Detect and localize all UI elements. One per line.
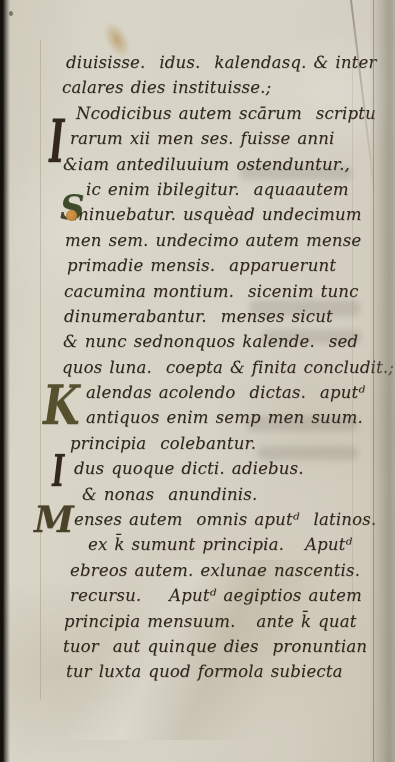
manuscript-text-line: calares dies instituisse.; bbox=[60, 75, 380, 100]
manuscript-text-line: tur luxta quod formola subiecta bbox=[60, 659, 380, 684]
manuscript-text-line: tuor aut quinque dies pronuntian bbox=[60, 634, 380, 659]
drop-cap-I-incodicibus: I bbox=[49, 112, 64, 172]
manuscript-text-line: ebreos autem. exlunae nascentis. bbox=[60, 558, 380, 583]
manuscript-photo: diuisisse. idus. kalendasq. & intercalar… bbox=[0, 0, 395, 762]
manuscript-text-line: principia colebantur. bbox=[60, 431, 380, 456]
manuscript-text-line: alendas acolendo dictas. aputᵈ bbox=[60, 380, 380, 405]
manuscript-text-line: diuisisse. idus. kalendasq. & inter bbox=[60, 50, 380, 75]
manuscript-text-block: diuisisse. idus. kalendasq. & intercalar… bbox=[60, 50, 380, 685]
manuscript-text-line: & nonas anundinis. bbox=[60, 482, 380, 507]
manuscript-text-line: primadie mensis. apparuerunt bbox=[60, 253, 380, 278]
binding-edge bbox=[0, 0, 10, 762]
manuscript-text-line: &iam antediluuium ostenduntur., bbox=[60, 152, 380, 177]
manuscript-text-line: minuebatur. usquèad undecimum bbox=[60, 202, 380, 227]
manuscript-text-line: rarum xii men ses. fuisse anni bbox=[60, 126, 380, 151]
drop-cap-M-menses: M bbox=[34, 502, 74, 538]
page-edge-line bbox=[373, 0, 374, 762]
drop-cap-gold-dot bbox=[66, 210, 77, 221]
manuscript-text-line: antiquos enim semp men suum. bbox=[60, 405, 380, 430]
manuscript-text-line: recursu. Aputᵈ aegiptios autem bbox=[60, 583, 380, 608]
manuscript-text-line: & nunc sednonquos kalende. sed bbox=[60, 329, 380, 354]
margin-ruling-line bbox=[40, 40, 41, 700]
manuscript-text-line: cacumina montium. sicenim tunc bbox=[60, 279, 380, 304]
manuscript-text-line: dus quoque dicti. adiebus. bbox=[60, 456, 380, 481]
manuscript-text-line: principia mensuum. ante k̄ quat bbox=[60, 609, 380, 634]
manuscript-text-line: ex k̄ sumunt principia. Aputᵈ bbox=[60, 532, 380, 557]
drop-cap-I-idus: I bbox=[52, 450, 64, 494]
manuscript-text-line: men sem. undecimo autem mense bbox=[60, 228, 380, 253]
drop-cap-K-kalendas: K bbox=[43, 378, 80, 432]
manuscript-text-line: dinumerabantur. menses sicut bbox=[60, 304, 380, 329]
manuscript-text-line: quos luna. coepta & finita concludit.; bbox=[60, 355, 380, 380]
manuscript-text-line: ic enim ibilegitur. aquaautem bbox=[60, 177, 380, 202]
manuscript-text-line: enses autem omnis aputᵈ latinos. bbox=[60, 507, 380, 532]
manuscript-text-line: Ncodicibus autem scārum scriptu bbox=[60, 101, 380, 126]
